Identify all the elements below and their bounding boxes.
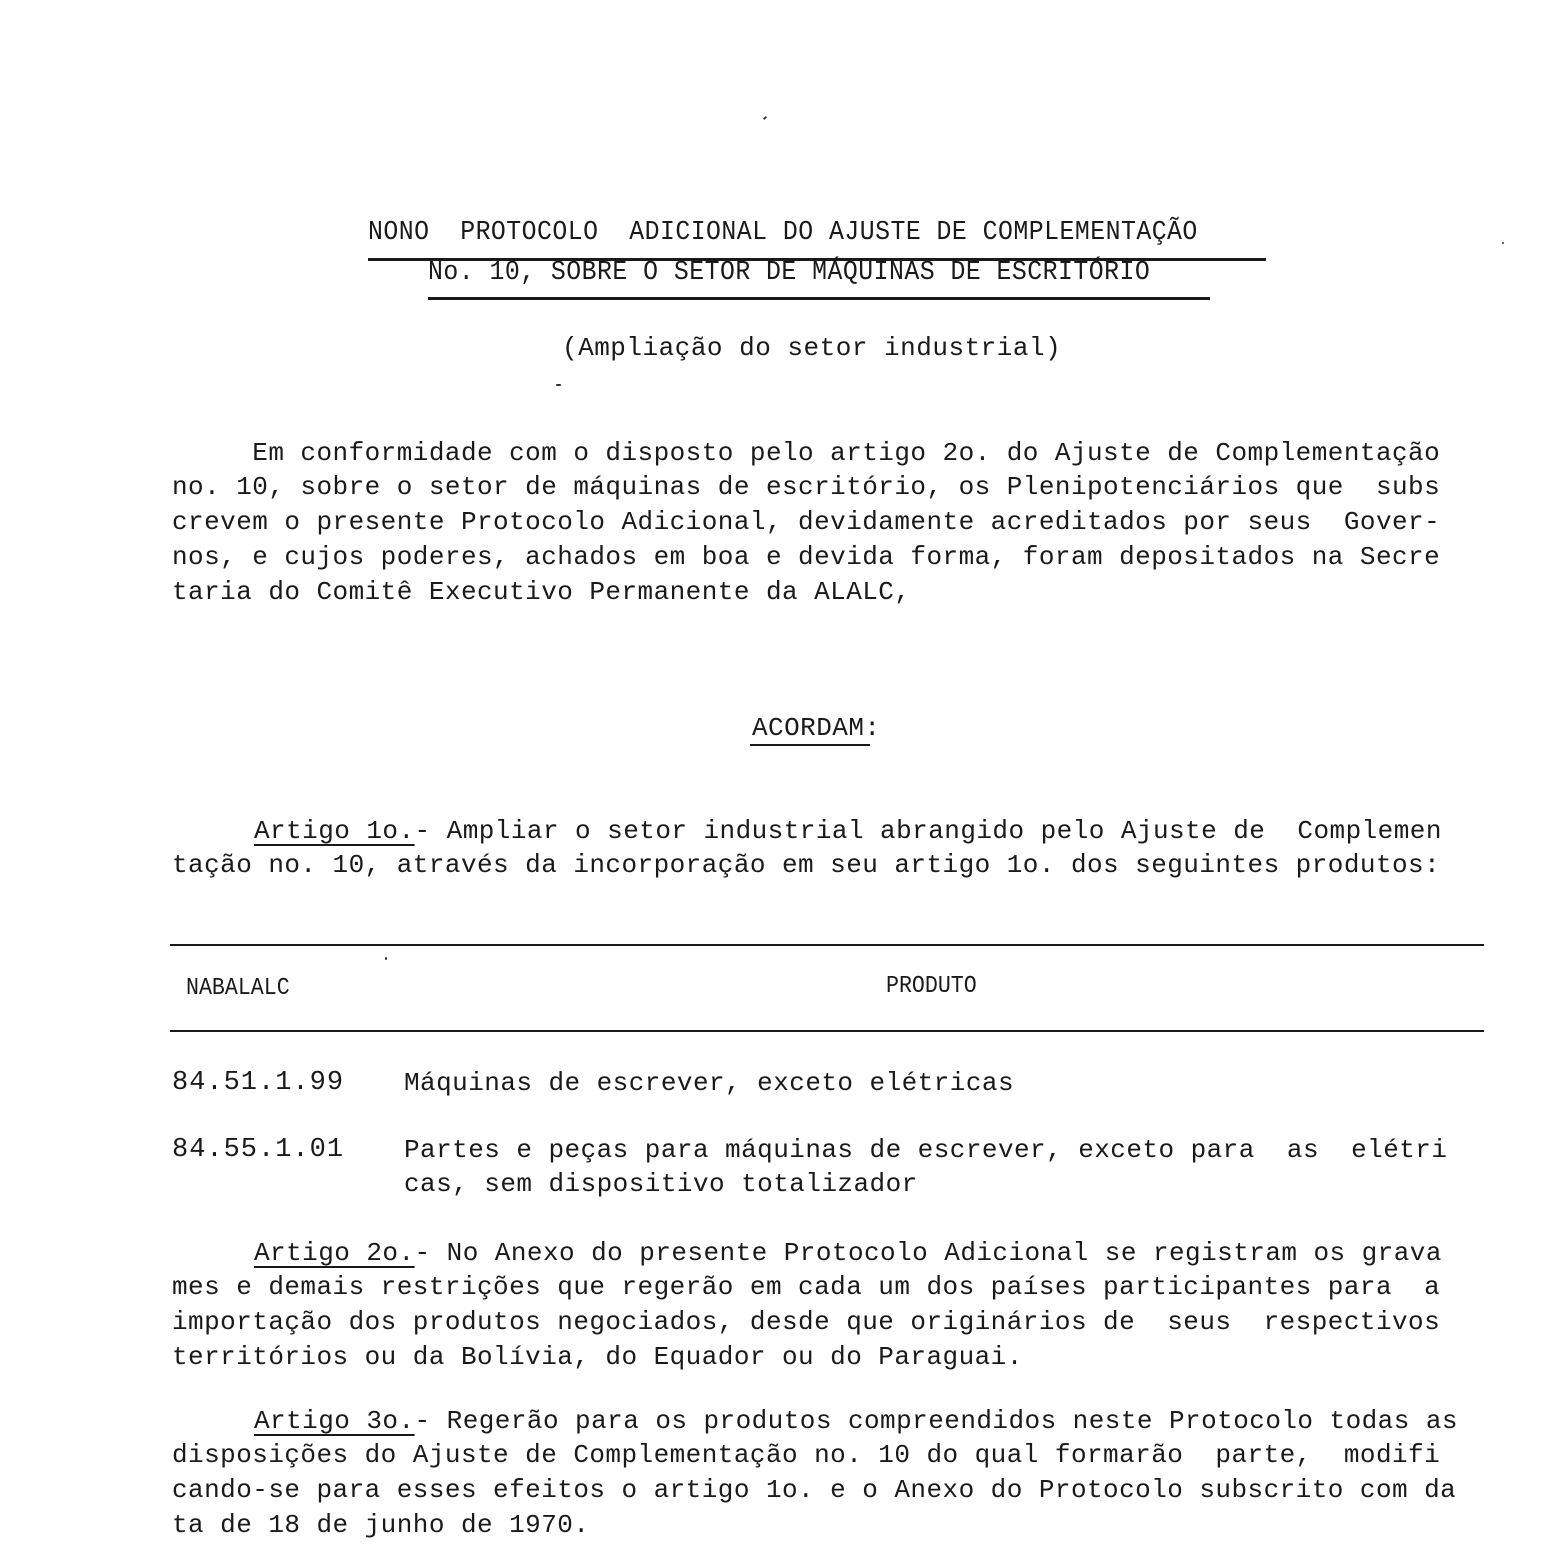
product-description-continued: cas, sem dispositivo totalizador [404, 1169, 918, 1199]
preamble-line: crevem o presente Protocolo Adicional, d… [172, 505, 1440, 539]
table-header-rule [170, 1030, 1484, 1032]
artigo-1-line-1: Artigo 1o.- Ampliar o setor industrial a… [254, 814, 1442, 848]
artigo-2-line: mes e demais restrições que regerão em c… [172, 1270, 1440, 1304]
document-subtitle: (Ampliação do setor industrial) [562, 333, 1061, 363]
preamble-line: nos, e cujos poderes, achados em boa e d… [172, 540, 1440, 574]
artigo-1-line-2: tação no. 10, através da incorporação em… [172, 848, 1440, 882]
artigo-2-line: importação dos produtos negociados, desd… [172, 1305, 1440, 1339]
artigo-2-label: Artigo 2o. [254, 1238, 415, 1268]
product-description: Partes e peças para máquinas de escrever… [404, 1135, 1447, 1165]
scan-speck [1502, 242, 1504, 244]
acordam-heading: ACORDAM: [752, 711, 880, 745]
preamble-line: Em conformidade com o disposto pelo arti… [172, 436, 1440, 470]
table-top-rule [170, 944, 1484, 946]
artigo-2-line-1: Artigo 2o.- No Anexo do presente Protoco… [254, 1236, 1442, 1270]
artigo-3-line: ta de 18 de junho de 1970. [172, 1508, 589, 1542]
scan-speck [763, 116, 767, 120]
artigo-3-line-1: Artigo 3o.- Regerão para os produtos com… [254, 1404, 1458, 1438]
table-header-nabalalc: NABALALC [186, 975, 290, 1002]
nabalalc-code: 84.51.1.99 [172, 1068, 344, 1098]
artigo-2-text: - No Anexo do presente Protocolo Adicion… [415, 1238, 1442, 1268]
artigo-3-label: Artigo 3o. [254, 1406, 415, 1436]
artigo-1-label: Artigo 1o. [254, 816, 415, 846]
product-description: Máquinas de escrever, exceto elétricas [404, 1068, 1014, 1098]
preamble-line: taria do Comitê Executivo Permanente da … [172, 575, 910, 609]
artigo-3-line: disposições do Ajuste de Complementação … [172, 1438, 1440, 1472]
document-title-line-2: No. 10, SOBRE O SETOR DE MÁQUINAS DE ESC… [428, 258, 1150, 288]
artigo-3-text: - Regerão para os produtos compreendidos… [415, 1406, 1458, 1436]
document-title-line-1: NONO PROTOCOLO ADICIONAL DO AJUSTE DE CO… [368, 218, 1198, 248]
title-underline-2 [428, 297, 1210, 300]
scan-speck [385, 957, 387, 960]
artigo-3-line: cando-se para esses efeitos o artigo 1o.… [172, 1473, 1456, 1507]
table-header-produto: PRODUTO [886, 973, 977, 1000]
preamble-line: no. 10, sobre o setor de máquinas de esc… [172, 470, 1440, 504]
nabalalc-code: 84.55.1.01 [172, 1135, 344, 1165]
acordam-underline [750, 744, 870, 746]
artigo-2-line: territórios ou da Bolívia, do Equador ou… [172, 1340, 1023, 1374]
scan-speck [556, 384, 561, 386]
artigo-1-text: - Ampliar o setor industrial abrangido p… [415, 816, 1442, 846]
